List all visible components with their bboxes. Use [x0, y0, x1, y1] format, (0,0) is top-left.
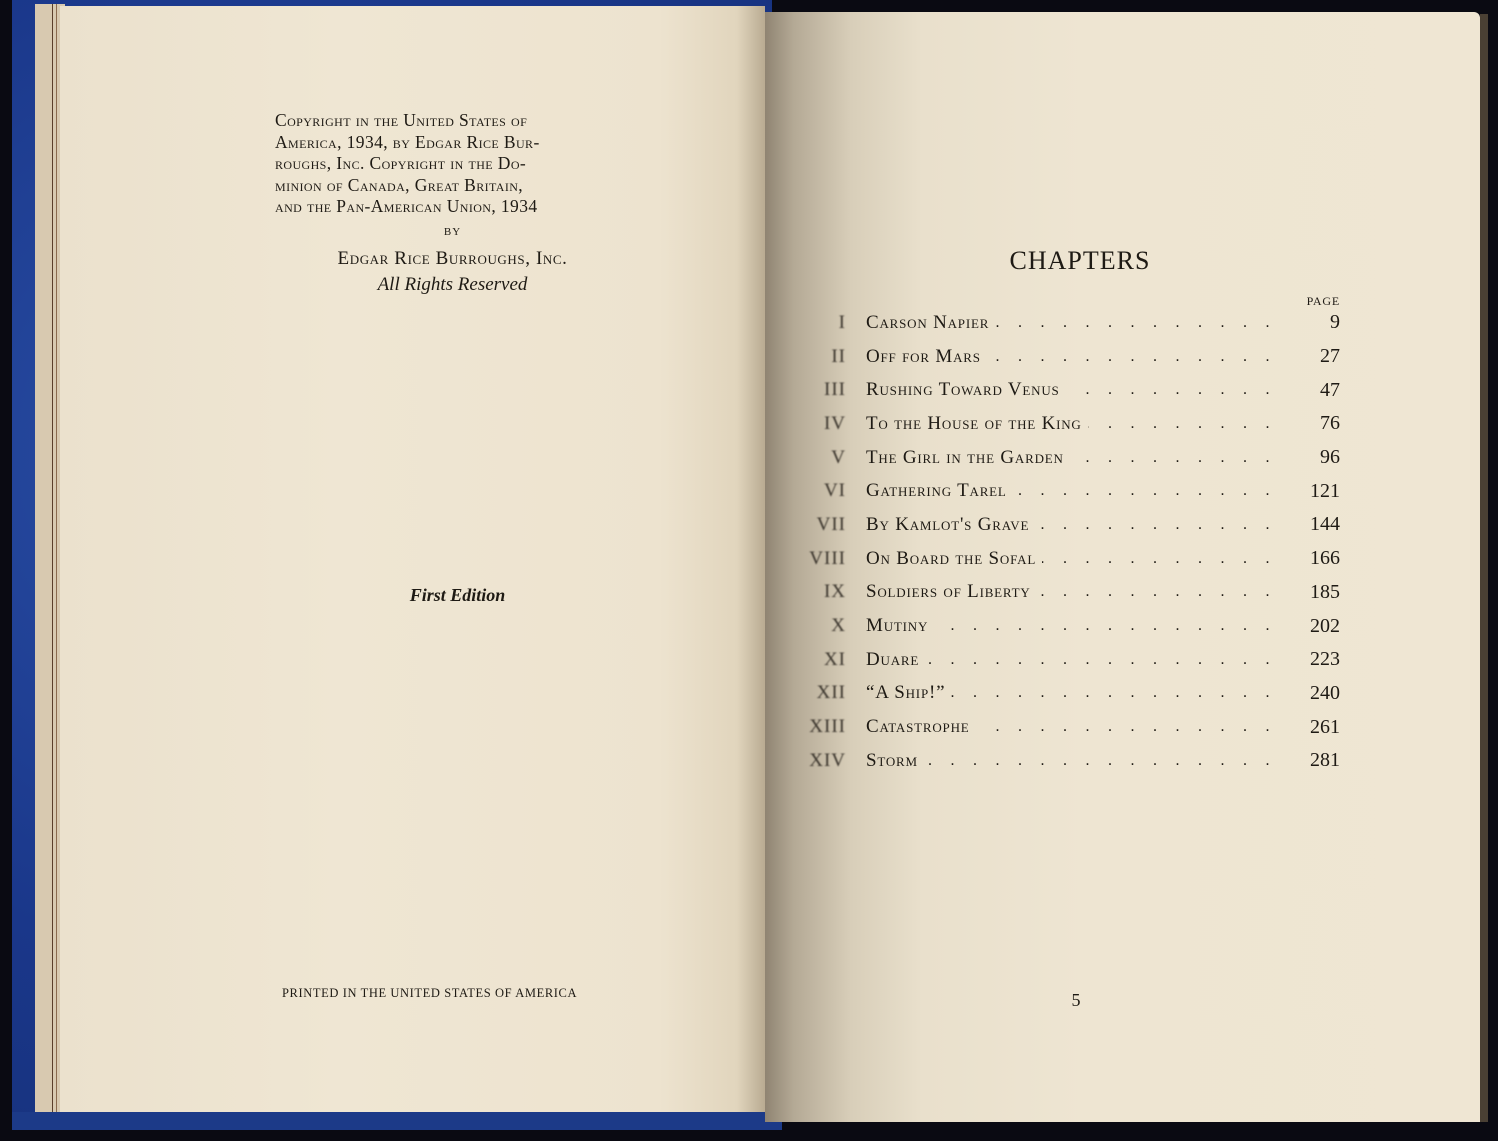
- chapter-number: VIII: [800, 548, 866, 570]
- toc-row: VIII On Board the Sofal ................…: [800, 542, 1340, 576]
- dot-leader: ..........................: [951, 684, 1294, 702]
- dot-leader: ..........................: [1088, 415, 1294, 433]
- chapter-number: XII: [800, 682, 866, 704]
- chapter-title: The Girl in the Garden: [866, 447, 1070, 469]
- chapter-page: 281: [1294, 749, 1340, 772]
- chapter-page: 96: [1294, 446, 1340, 469]
- chapter-page: 144: [1294, 513, 1340, 536]
- chapter-number: XI: [800, 649, 866, 671]
- chapter-title: Carson Napier: [866, 312, 995, 334]
- chapter-number: II: [800, 346, 866, 368]
- chapter-title: Mutiny: [866, 615, 934, 637]
- toc-row: I Carson Napier ........................…: [800, 306, 1340, 340]
- dot-leader: ..........................: [1070, 449, 1294, 467]
- dot-leader: ..........................: [924, 752, 1294, 770]
- chapter-number: IX: [800, 581, 866, 603]
- toc-row: II Off for Mars ........................…: [800, 340, 1340, 374]
- chapter-page: 76: [1294, 412, 1340, 435]
- toc-row: V The Girl in the Garden ...............…: [800, 441, 1340, 475]
- toc-row: VI Gathering Tarel .....................…: [800, 474, 1340, 508]
- dot-leader: ..........................: [976, 718, 1295, 736]
- dot-leader: ..........................: [1066, 381, 1294, 399]
- chapter-page: 27: [1294, 345, 1340, 368]
- chapter-page: 202: [1294, 615, 1340, 638]
- chapter-title: Storm: [866, 750, 924, 772]
- chapter-title: Gathering Tarel: [866, 480, 1013, 502]
- chapter-title: On Board the Sofal: [866, 548, 1042, 570]
- toc-row: X Mutiny .......................... 202: [800, 609, 1340, 643]
- copyright-line: America, 1934, by Edgar Rice Bur-: [275, 132, 635, 154]
- toc-row: IX Soldiers of Liberty .................…: [800, 576, 1340, 610]
- chapter-number: IV: [800, 413, 866, 435]
- chapter-title: “A Ship!”: [866, 682, 951, 704]
- chapter-page: 166: [1294, 547, 1340, 570]
- chapter-number: I: [800, 312, 866, 334]
- toc-row: XIV Storm .......................... 281: [800, 744, 1340, 778]
- chapter-number: V: [800, 447, 866, 469]
- book-cover-bottom-edge: [12, 1112, 782, 1130]
- dot-leader: ..........................: [995, 314, 1294, 332]
- chapter-title: Soldiers of Liberty: [866, 581, 1037, 603]
- chapter-number: XIV: [800, 750, 866, 772]
- dot-leader: ..........................: [1037, 583, 1294, 601]
- chapter-number: VI: [800, 480, 866, 502]
- chapter-title: Catastrophe: [866, 716, 976, 738]
- chapter-title: Duare: [866, 649, 925, 671]
- chapter-number: X: [800, 615, 866, 637]
- chapter-title: Rushing Toward Venus: [866, 379, 1066, 401]
- chapter-page: 9: [1294, 311, 1340, 334]
- table-of-contents: I Carson Napier ........................…: [800, 306, 1340, 778]
- copyright-line: and the Pan-American Union, 1934: [275, 196, 635, 218]
- copyright-notice: Copyright in the United States of Americ…: [275, 110, 635, 218]
- toc-row: XIII Catastrophe .......................…: [800, 710, 1340, 744]
- toc-row: VII By Kamlot's Grave ..................…: [800, 508, 1340, 542]
- by-line: by: [275, 222, 630, 240]
- dot-leader: ..........................: [925, 651, 1294, 669]
- chapter-page: 240: [1294, 682, 1340, 705]
- dot-leader: ..........................: [934, 617, 1294, 635]
- chapter-title: By Kamlot's Grave: [866, 514, 1035, 536]
- edition-label: First Edition: [330, 585, 585, 606]
- chapters-heading: CHAPTERS: [960, 246, 1200, 276]
- page-edge-line: [52, 4, 53, 1112]
- chapter-page: 121: [1294, 480, 1340, 503]
- chapter-page: 261: [1294, 716, 1340, 739]
- chapter-number: XIII: [800, 716, 866, 738]
- chapter-title: To the House of the King: [866, 413, 1088, 435]
- dot-leader: ..........................: [1035, 516, 1294, 534]
- chapter-title: Off for Mars: [866, 346, 987, 368]
- copyright-line: minion of Canada, Great Britain,: [275, 175, 635, 197]
- chapter-page: 223: [1294, 648, 1340, 671]
- publisher-name: Edgar Rice Burroughs, Inc.: [275, 248, 630, 270]
- page-number: 5: [1066, 990, 1086, 1011]
- dot-leader: ..........................: [1042, 550, 1294, 568]
- right-page-edge: [1480, 14, 1488, 1122]
- page-edge-line: [56, 4, 57, 1112]
- chapter-page: 185: [1294, 581, 1340, 604]
- toc-row: XII “A Ship!” ..........................…: [800, 677, 1340, 711]
- dot-leader: ..........................: [1013, 482, 1294, 500]
- copyright-line: Copyright in the United States of: [275, 110, 635, 132]
- toc-row: IV To the House of the King ............…: [800, 407, 1340, 441]
- rights-statement: All Rights Reserved: [275, 274, 630, 296]
- toc-row: III Rushing Toward Venus ...............…: [800, 373, 1340, 407]
- copyright-line: roughs, Inc. Copyright in the Do-: [275, 153, 635, 175]
- chapter-number: III: [800, 379, 866, 401]
- printed-in-notice: PRINTED IN THE UNITED STATES OF AMERICA: [282, 986, 627, 1001]
- chapter-number: VII: [800, 514, 866, 536]
- dot-leader: ..........................: [987, 348, 1294, 366]
- toc-row: XI Duare .......................... 223: [800, 643, 1340, 677]
- chapter-page: 47: [1294, 379, 1340, 402]
